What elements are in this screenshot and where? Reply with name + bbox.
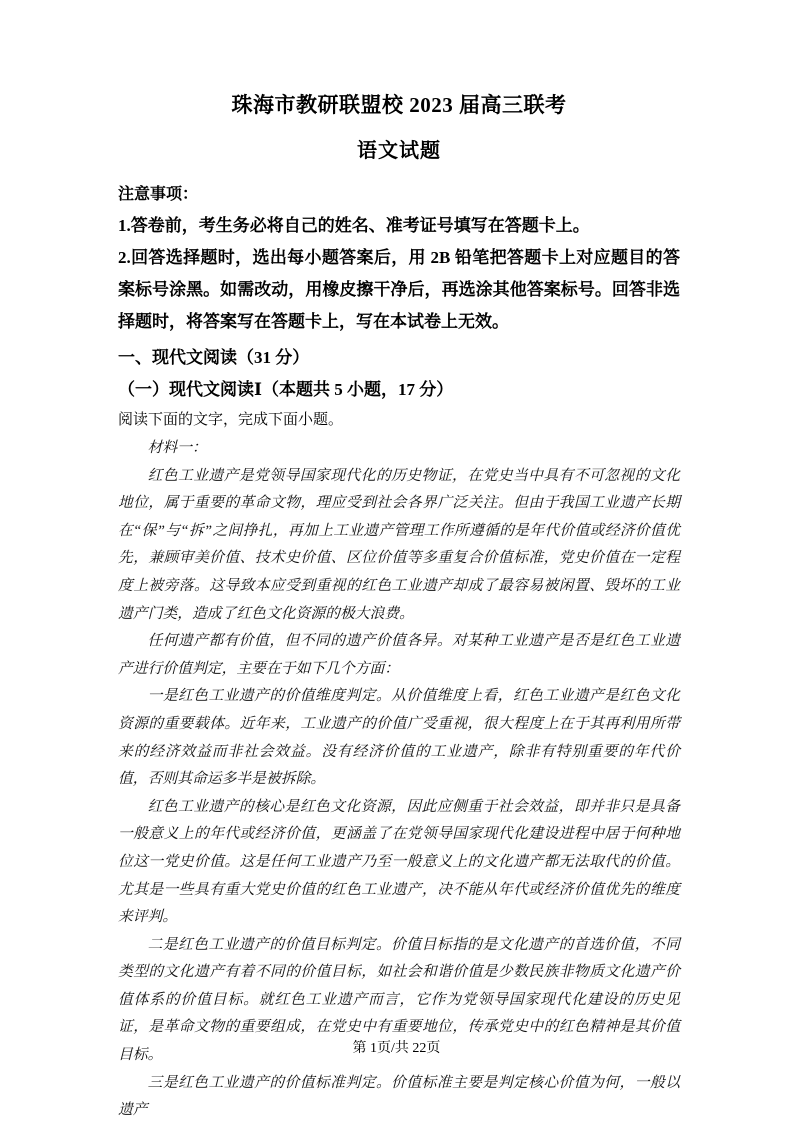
material-text: 材料一： 红色工业遗产是党领导国家现代化的历史物证，在党史当中具有不可忽视的文化… <box>118 435 680 1122</box>
section-heading-modern-reading: 一、现代文阅读（31 分） <box>118 343 680 373</box>
material-paragraph: 三是红色工业遗产的价值标准判定。价值标准主要是判定核心价值为何，一般以遗产 <box>118 1070 680 1122</box>
material-label: 材料一： <box>118 435 680 463</box>
material-paragraph: 红色工业遗产的核心是红色文化资源，因此应侧重于社会效益，即并非只是具备一般意义上… <box>118 794 680 932</box>
exam-paper-page: 珠海市教研联盟校 2023 届高三联考 语文试题 注意事项： 1.答卷前，考生务… <box>0 0 793 1122</box>
notice-item-1: 1.答卷前，考生务必将自己的姓名、准考证号填写在答题卡上。 <box>118 210 680 242</box>
material-paragraph: 红色工业遗产是党领导国家现代化的历史物证，在党史当中具有不可忽视的文化地位，属于… <box>118 463 680 629</box>
page-title: 珠海市教研联盟校 2023 届高三联考 <box>118 90 680 120</box>
material-paragraph: 一是红色工业遗产的价值维度判定。从价值维度上看，红色工业遗产是红色文化资源的重要… <box>118 683 680 793</box>
material-paragraph: 任何遗产都有价值，但不同的遗产价值各异。对某种工业遗产是否是红色工业遗产进行价值… <box>118 628 680 683</box>
notice-heading: 注意事项： <box>118 180 680 210</box>
page-number: 第 1页/共 22页 <box>0 1038 793 1060</box>
page-subtitle: 语文试题 <box>118 137 680 165</box>
notice-item-2: 2.回答选择题时，选出每小题答案后，用 2B 铅笔把答题卡上对应题目的答案标号涂… <box>118 242 680 338</box>
subsection-heading-reading-1: （一）现代文阅读Ⅰ（本题共 5 小题，17 分） <box>118 375 680 405</box>
reading-instruction: 阅读下面的文字，完成下面小题。 <box>118 406 680 434</box>
page-content: 珠海市教研联盟校 2023 届高三联考 语文试题 注意事项： 1.答卷前，考生务… <box>118 90 680 1122</box>
